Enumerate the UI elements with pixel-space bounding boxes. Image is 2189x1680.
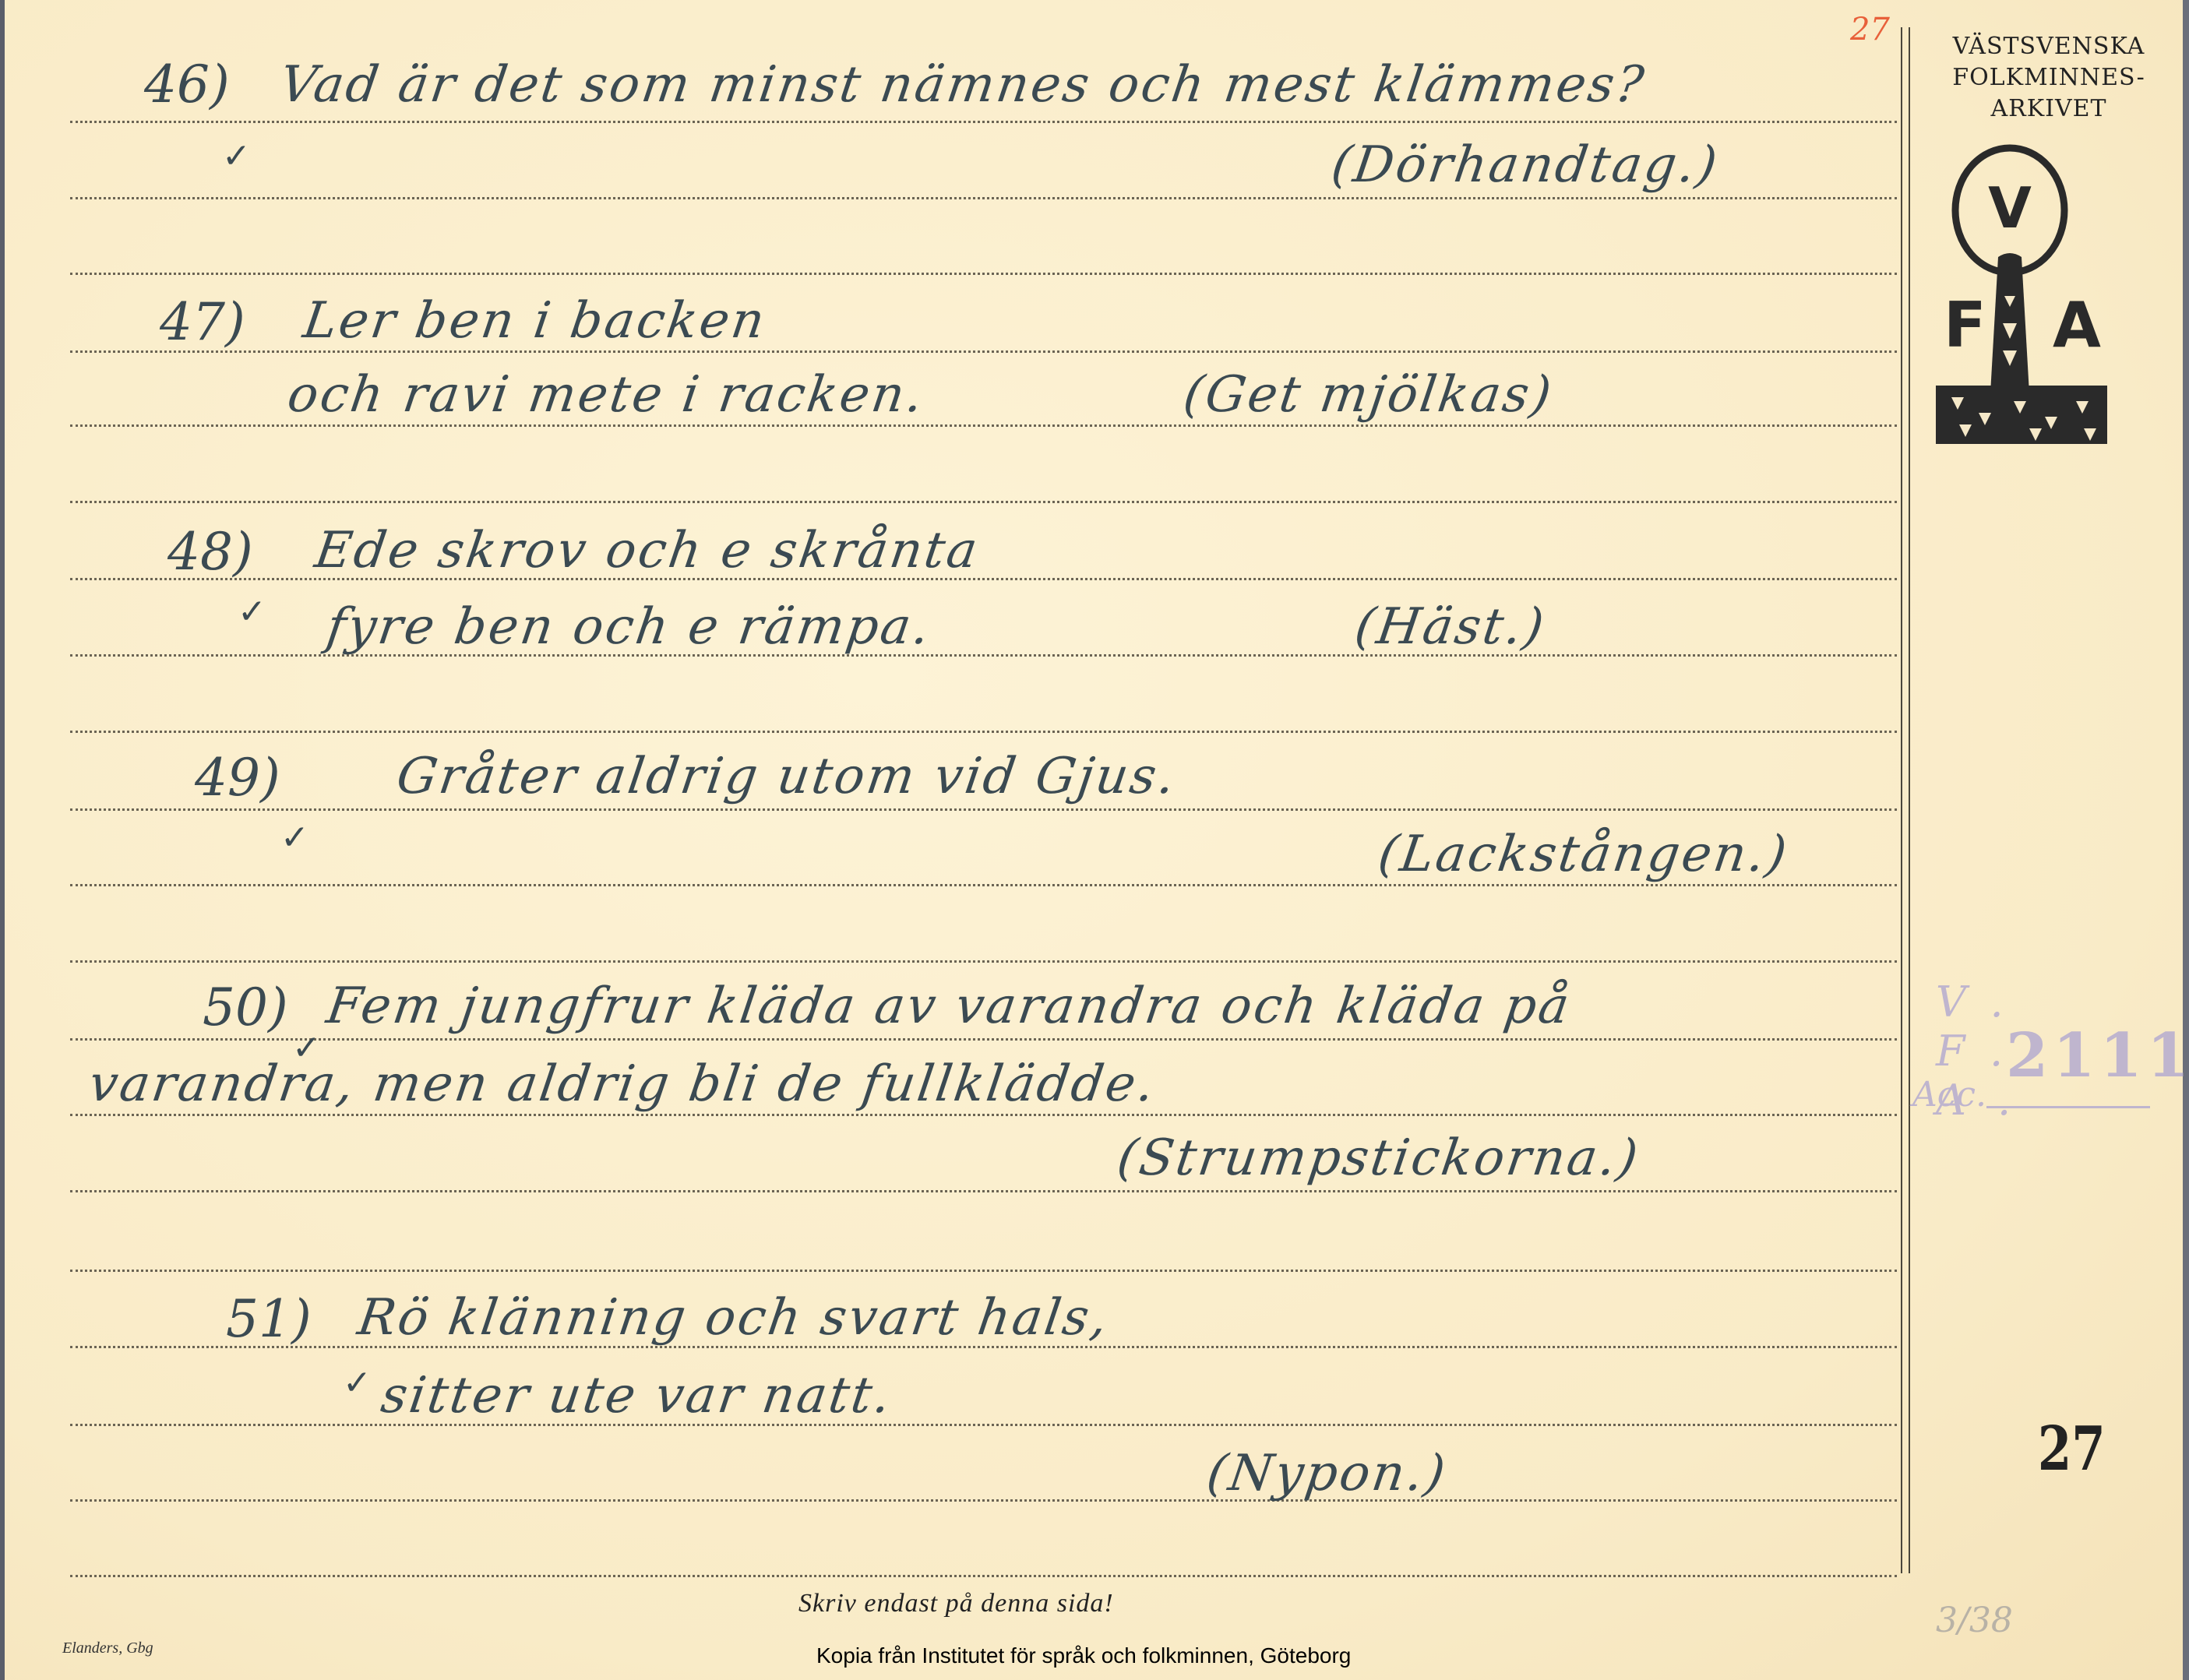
ruled-line — [70, 1114, 1897, 1116]
logo-letter-a: A — [2053, 289, 2101, 361]
ruled-line — [70, 731, 1897, 733]
footer-instruction: Skriv endast på denna sida! — [798, 1589, 1114, 1618]
archive-header-line: VÄSTSVENSKA — [1924, 31, 2173, 62]
stamp-number: 2111 — [2006, 1020, 2189, 1091]
check-mark-icon: ✓ — [238, 592, 266, 632]
margin-rule — [1901, 27, 1902, 1573]
red-page-number: 27 — [1850, 12, 1890, 48]
check-mark-icon: ✓ — [280, 818, 309, 858]
thors-hammer-icon: V F A — [1920, 140, 2123, 452]
riddle-answer: (Nypon.) — [1204, 1445, 1451, 1502]
check-mark-icon: ✓ — [343, 1363, 372, 1403]
ruled-line — [70, 273, 1897, 275]
ruled-line — [70, 1575, 1897, 1577]
riddle-answer: (Strumpstickorna.) — [1114, 1129, 1644, 1187]
archive-header: VÄSTSVENSKA FOLKMINNES- ARKIVET — [1924, 31, 2173, 125]
ruled-line — [70, 121, 1897, 123]
margin-rule — [1909, 27, 1910, 1573]
entry-number: 50) — [203, 977, 288, 1037]
riddle-text: sitter ute var natt. — [378, 1367, 897, 1425]
riddle-answer: (Get mjölkas) — [1180, 366, 1557, 424]
ruled-line — [70, 350, 1897, 353]
logo-letter-v: V — [1988, 175, 2032, 241]
riddle-text: Ede skrov och e skrånta — [312, 522, 983, 579]
ruled-line — [70, 1038, 1897, 1041]
ruled-line — [70, 501, 1897, 503]
ruled-line — [70, 884, 1897, 886]
scan-edge-left — [0, 0, 5, 1680]
entry-number: 51) — [226, 1289, 312, 1349]
riddle-text: fyre ben och e rämpa. — [323, 598, 936, 656]
scan-edge-right — [2183, 0, 2189, 1680]
ruled-line — [70, 960, 1897, 963]
ruled-line — [70, 424, 1897, 427]
riddle-text: Gråter aldrig utom vid Gjus. — [393, 748, 1181, 805]
page-number: 27 — [2038, 1414, 2106, 1485]
vfa-logo: V F A — [1920, 140, 2123, 452]
check-mark-icon: ✓ — [222, 136, 251, 176]
riddle-text: Fem jungfrur kläda av varandra och kläda… — [323, 977, 1575, 1035]
accession-stamp: V. F. A. 2111 Acc. — [1912, 962, 2177, 1118]
ruled-line — [70, 1190, 1897, 1192]
riddle-answer: (Häst.) — [1352, 598, 1549, 656]
logo-letter-f: F — [1944, 289, 1986, 361]
riddle-answer: (Lackstången.) — [1375, 826, 1792, 883]
ruled-line — [70, 1270, 1897, 1272]
copy-notice: Kopia från Institutet för språk och folk… — [816, 1643, 1351, 1668]
entry-number: 46) — [144, 55, 230, 114]
archive-header-line: FOLKMINNES- — [1924, 62, 2173, 93]
riddle-text: Ler ben i backen — [300, 292, 770, 350]
riddle-text: Vad är det som minst nämnes och mest klä… — [277, 56, 1649, 114]
stamp-acc-label: Acc. — [1912, 1075, 1986, 1115]
archive-header-line: ARKIVET — [1924, 93, 2173, 125]
riddle-text: och ravi mete i racken. — [284, 366, 929, 424]
riddle-answer: (Dörhandtag.) — [1328, 136, 1723, 194]
ruled-line — [70, 1499, 1897, 1502]
ruled-line — [70, 1424, 1897, 1426]
ruled-line — [70, 197, 1897, 199]
pencil-note: 3/38 — [1936, 1601, 2013, 1640]
ruled-line — [70, 808, 1897, 811]
printer-credit: Elanders, Gbg — [62, 1639, 153, 1657]
riddle-text: Rö klänning och svart hals, — [354, 1289, 1113, 1347]
entry-number: 49) — [195, 748, 280, 808]
entry-number: 47) — [160, 292, 245, 352]
entry-number: 48) — [167, 522, 253, 582]
riddle-text: varandra, men aldrig bli de fullklädde. — [86, 1055, 1160, 1113]
stamp-underline — [1986, 1106, 2150, 1108]
